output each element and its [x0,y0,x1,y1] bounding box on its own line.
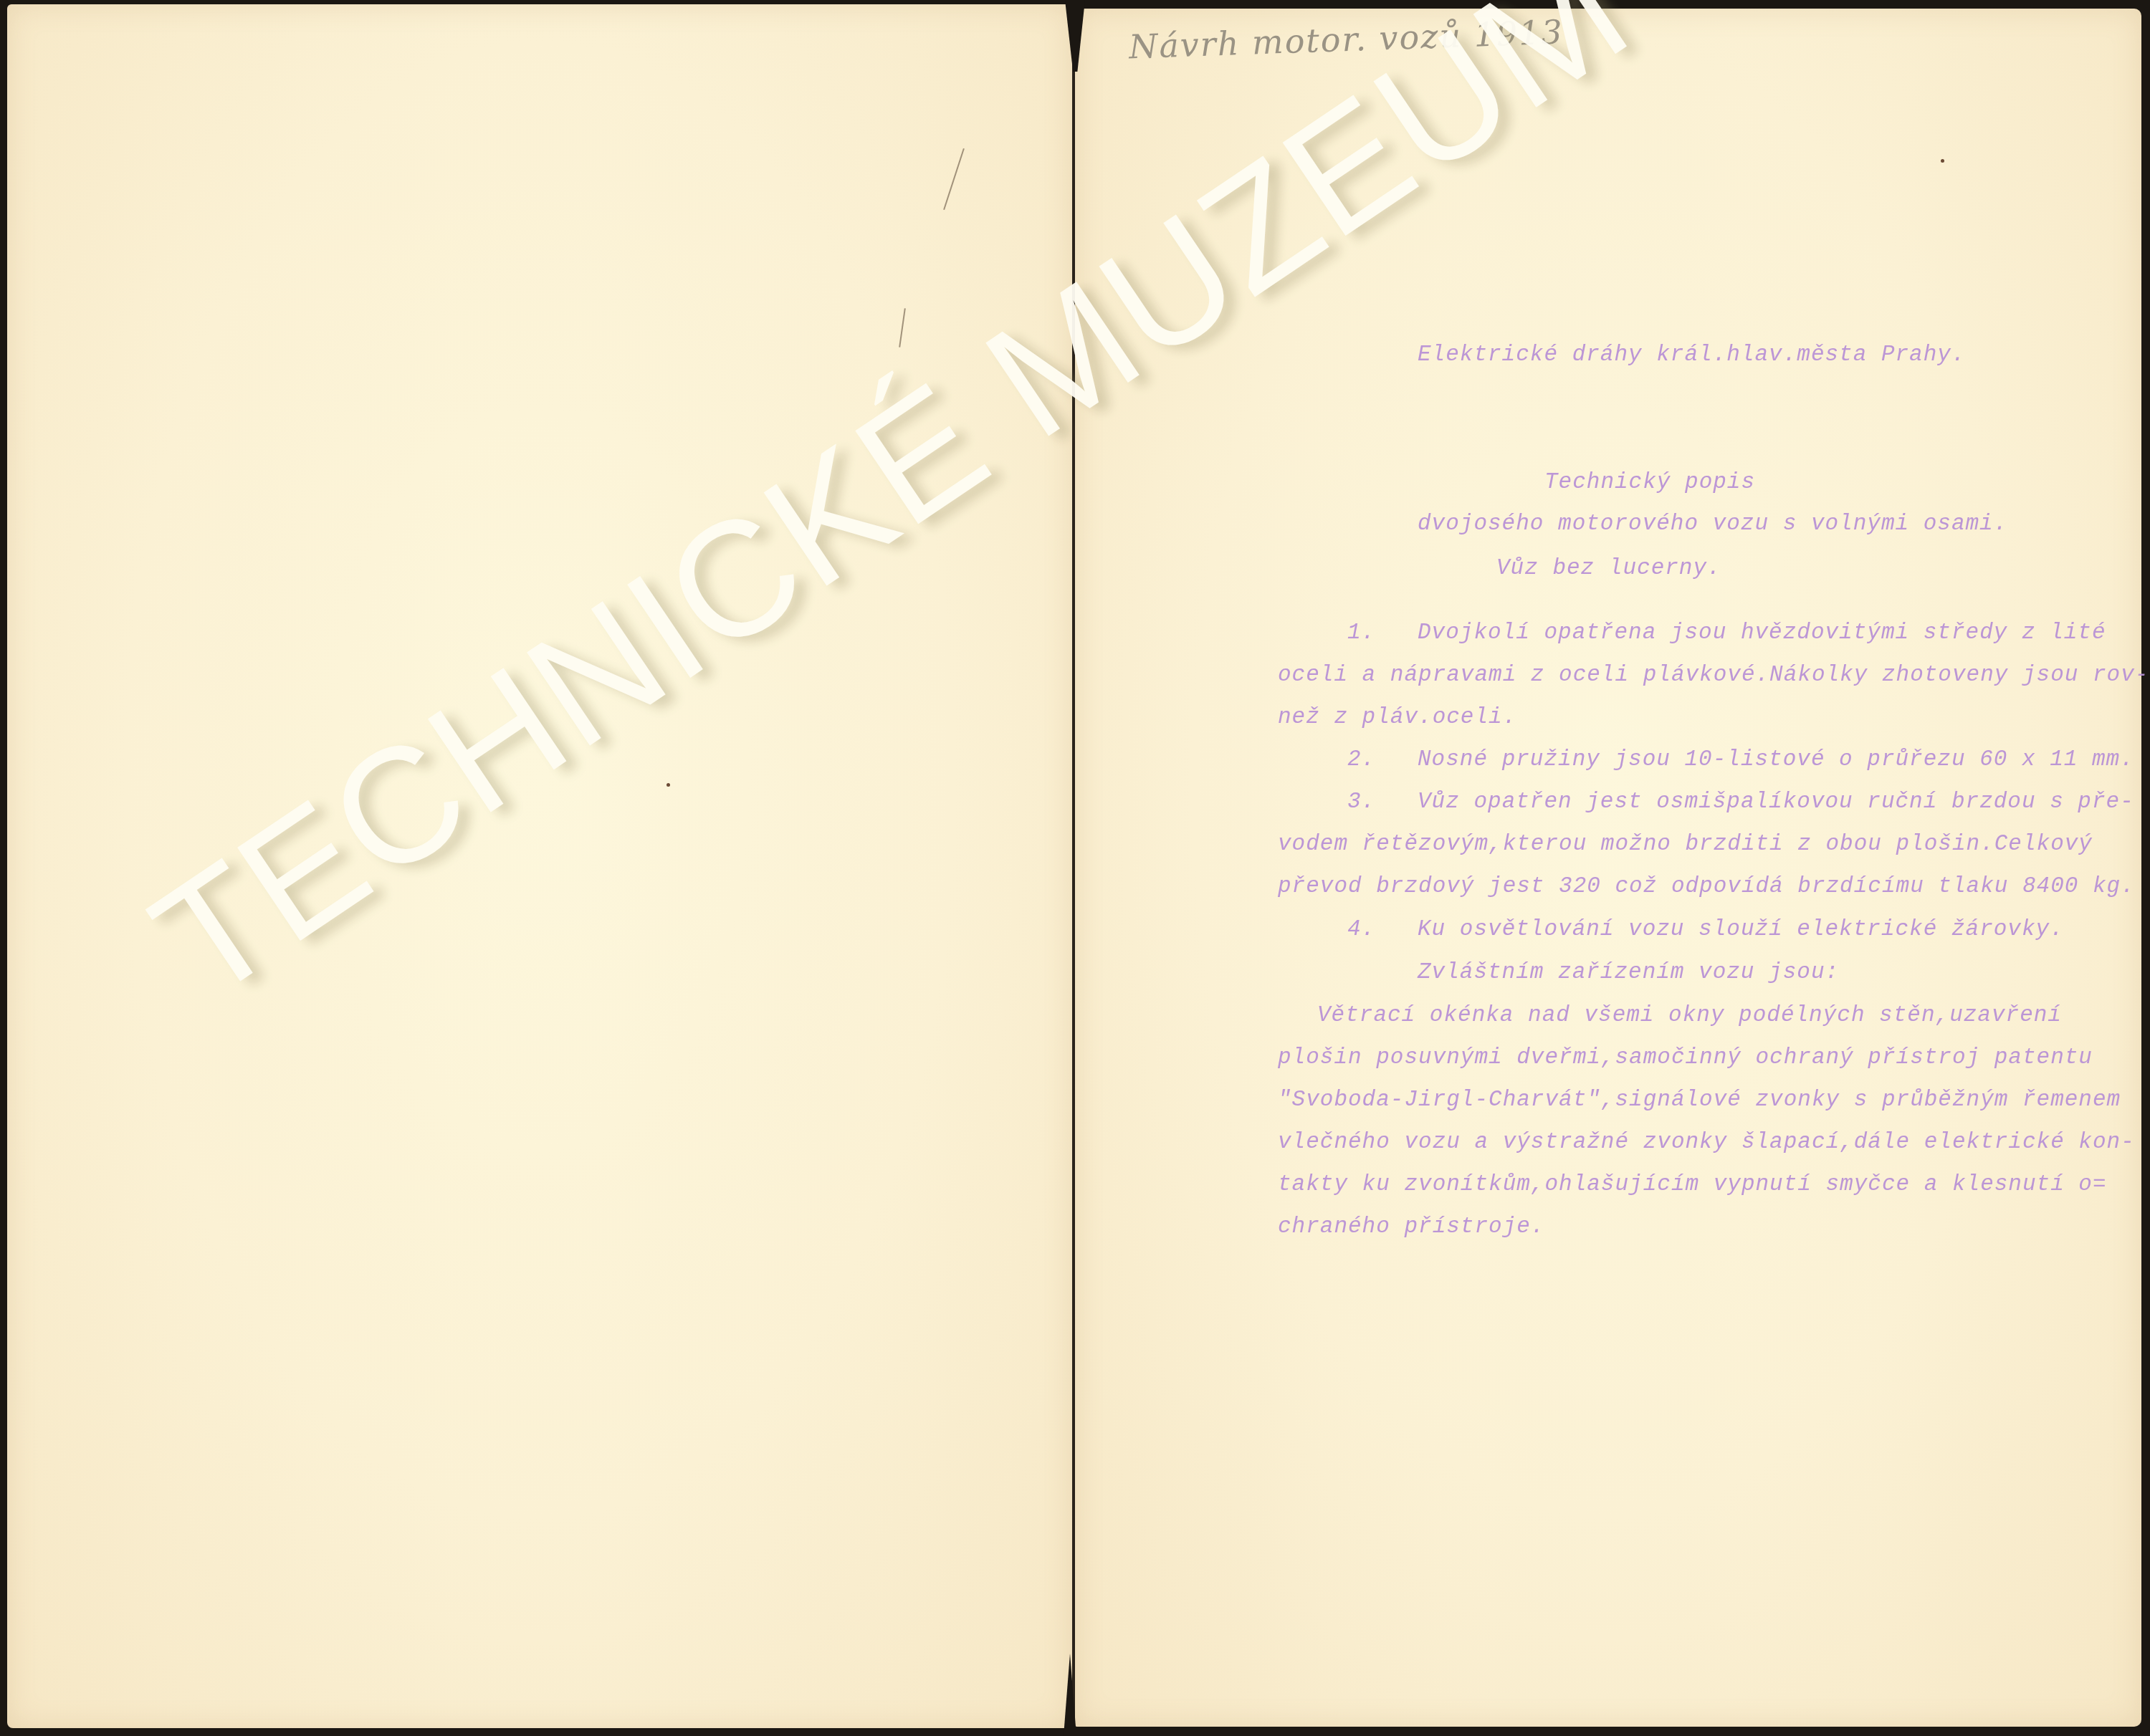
body-line: vlečného vozu a výstražné zvonky šlapací… [1278,1130,2135,1155]
body-line: "Svoboda-Jirgl-Charvát",signálové zvonky… [1278,1088,2121,1113]
body-line: vodem řetězovým,kterou možno brzditi z o… [1278,832,2093,857]
paper-speck [666,783,670,787]
body-line: takty ku zvonítkům,ohlašujícím vypnutí s… [1278,1172,2107,1197]
body-line: 3. Vůz opatřen jest osmišpalíkovou ruční… [1347,790,2134,815]
body-line: Větrací okénka nad všemi okny podélných … [1317,1003,2062,1028]
body-line: Zvláštním zařízením vozu jsou: [1418,960,1839,985]
document-heading: Elektrické dráhy král.hlav.města Prahy. [1418,342,1966,368]
body-line: než z pláv.oceli. [1278,705,1516,730]
body-line: 4. Ku osvětlování vozu slouží elektrické… [1347,917,2064,942]
body-line: 2. Nosné pružiny jsou 10-listové o průře… [1347,747,2134,772]
body-line: 1. Dvojkolí opatřena jsou hvězdovitými s… [1347,620,2106,646]
paper-speck [1941,159,1944,163]
title-line: Technický popis [1544,470,1755,495]
body-line: plošin posuvnými dveřmi,samočinný ochran… [1278,1045,2093,1070]
body-line: oceli a nápravami z oceli plávkové.Nákol… [1278,663,2149,688]
title-line: Vůz bez lucerny. [1496,556,1721,581]
title-line: dvojosého motorového vozu s volnými osam… [1418,512,2007,537]
body-line: převod brzdový jest 320 což odpovídá brz… [1278,874,2135,899]
body-line: chraného přístroje. [1278,1214,1544,1239]
